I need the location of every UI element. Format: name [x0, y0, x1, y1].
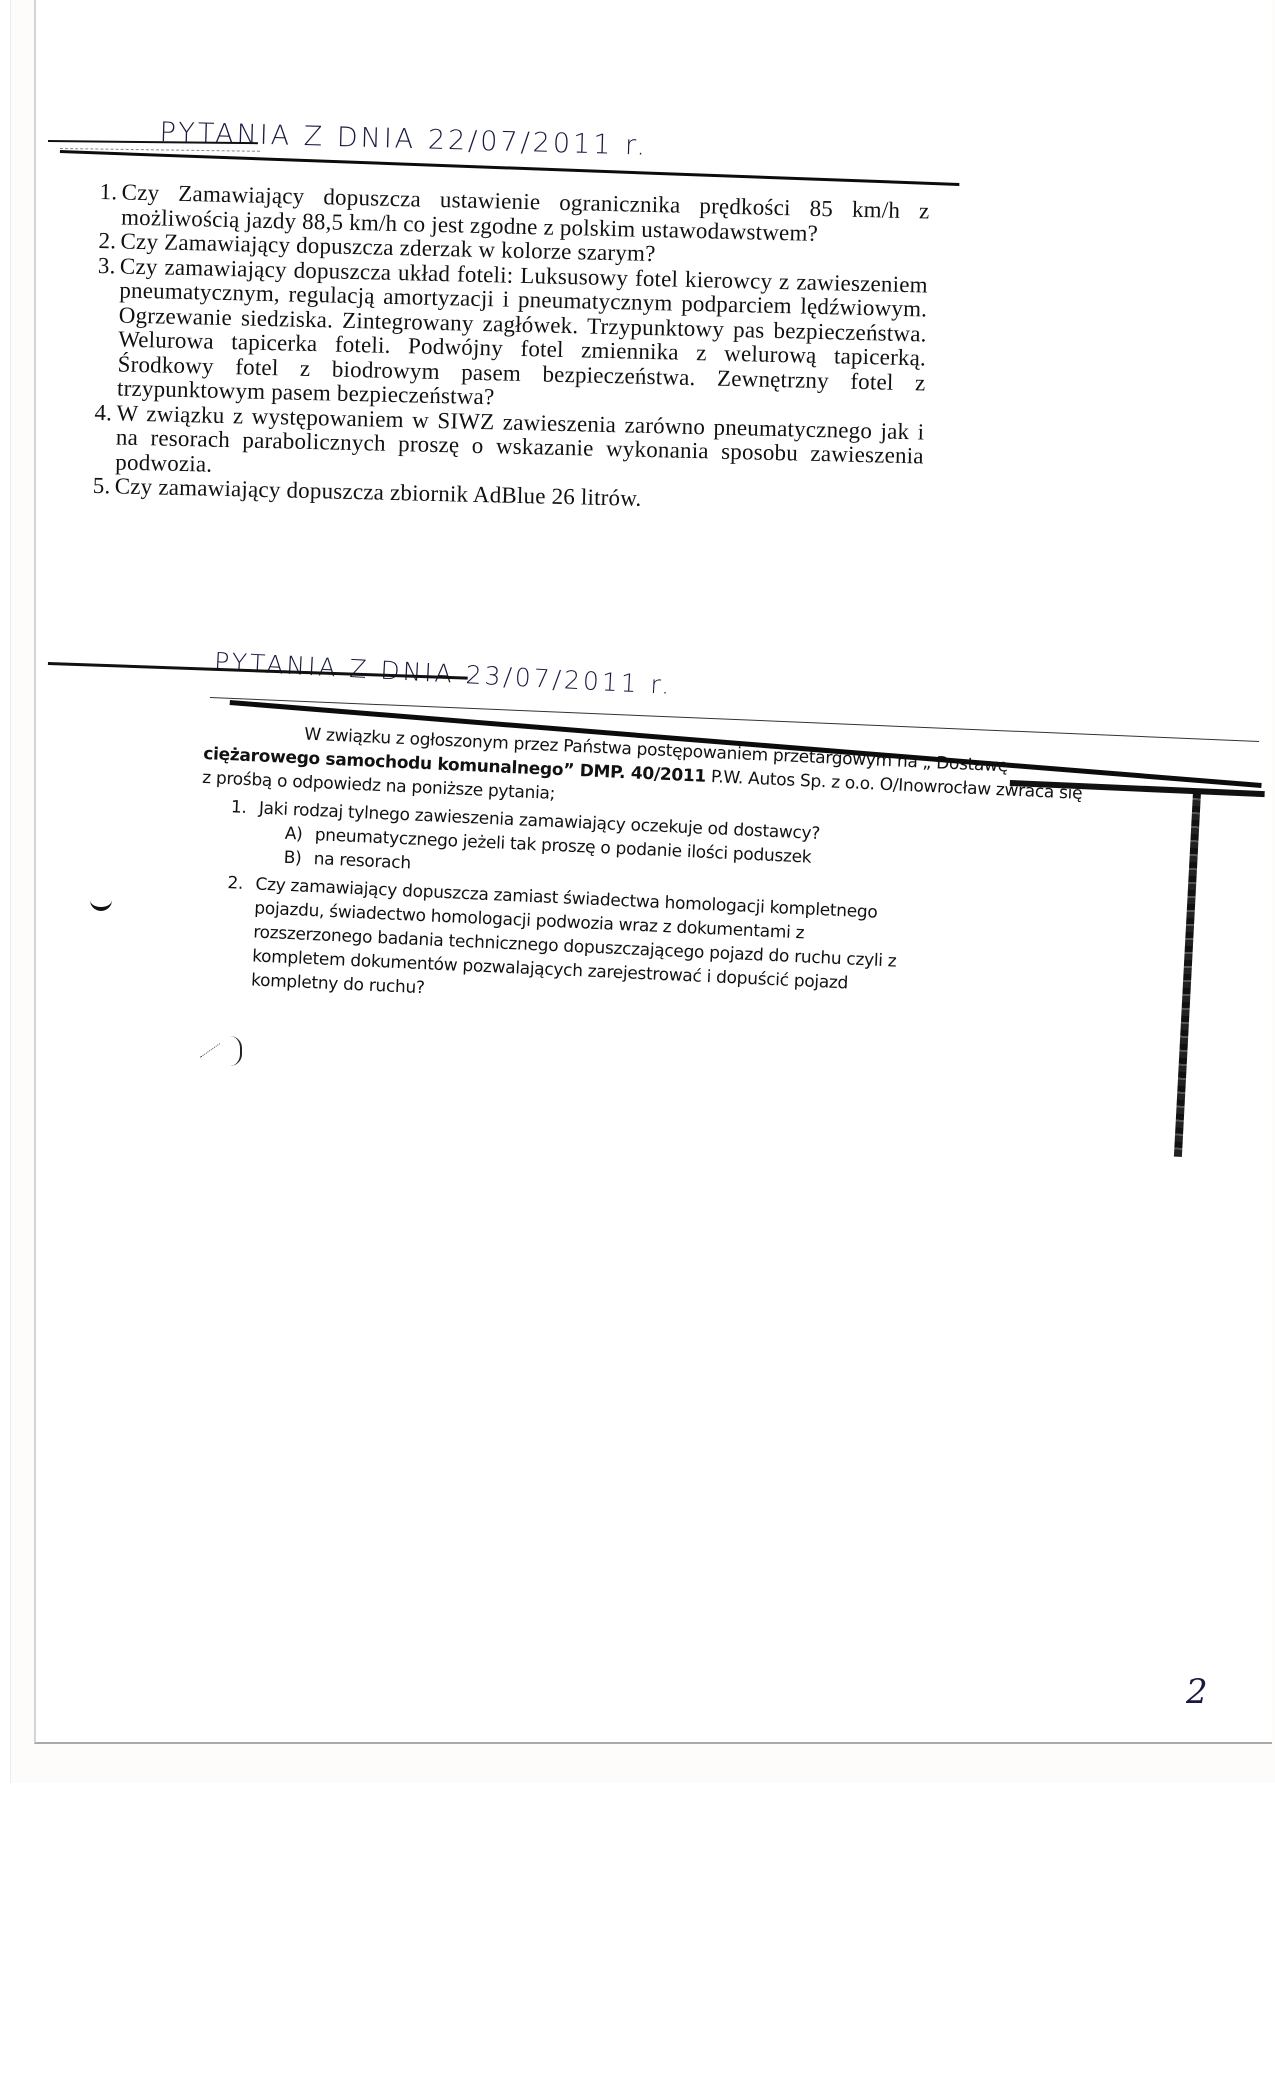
page-number: 2 — [1186, 1672, 1208, 1712]
question-number: 5. — [92, 474, 115, 499]
option-label: B) — [283, 846, 314, 871]
option-label: A) — [284, 822, 315, 847]
question-number: 1. — [99, 180, 122, 230]
question-number: 2. — [98, 229, 121, 254]
question-number: 1. — [200, 794, 259, 821]
question-item: 3.Czy zamawiający dopuszcza układ foteli… — [95, 253, 928, 420]
question-number: 2. — [193, 870, 256, 993]
question-number: 4. — [93, 400, 117, 474]
section2-letter: W związku z ogłoszonym przez Państwa pos… — [193, 718, 1084, 1030]
question-text: Czy zamawiający dopuszcza układ foteli: … — [117, 254, 928, 420]
option-text: na resorach — [313, 847, 411, 875]
section1-questions: 1.Czy Zamawiający dopuszcza ustawienie o… — [92, 180, 929, 518]
